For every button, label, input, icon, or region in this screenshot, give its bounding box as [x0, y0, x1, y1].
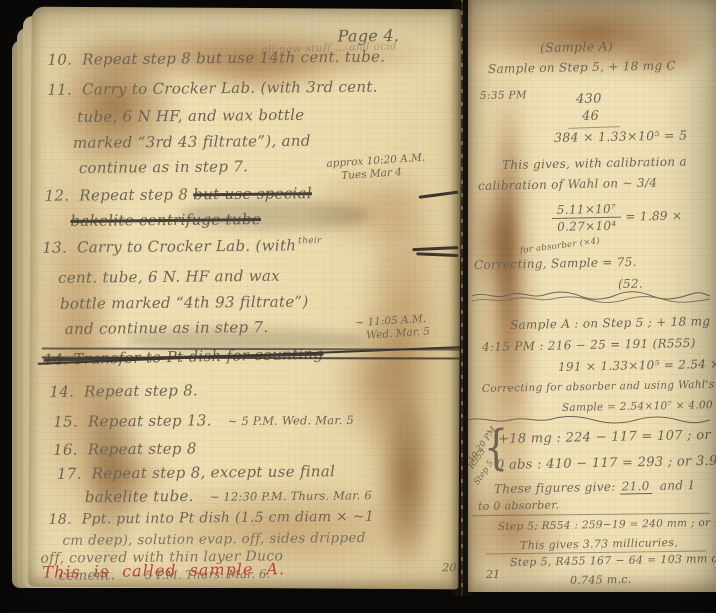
subtraction-minuend: 430: [576, 92, 602, 107]
wavy-divider: [472, 290, 710, 304]
figures-value: 21.0: [620, 479, 652, 495]
mc-line: 0.745 m.c.: [570, 573, 632, 587]
stain: [496, 95, 520, 405]
to-absorber-line: to 0 absorber.: [478, 498, 560, 513]
millicuries-line: This gives 3.73 millicuries,: [520, 536, 678, 552]
subtraction-subtrahend: 46: [582, 109, 599, 124]
r554-line: Step 5; R554 : 259−19 = 240 mm ; or 1.0: [498, 517, 716, 533]
sample-calc-line: Sample = 2.54×10⁷ × 4.00 × 0.: [562, 399, 716, 414]
intro-line: Sample on Step 5, + 18 mg C: [488, 58, 676, 76]
stain: [470, 178, 520, 303]
page-edge-stack: [23, 16, 453, 588]
figures-pre: These figures give:: [494, 480, 616, 496]
wavy-divider: [468, 414, 710, 426]
correcting-line-1: Correcting, Sample = 75.: [474, 255, 637, 272]
rotated-margin-note-3: Step 5: [472, 459, 496, 488]
zero-abs-line: 0 abs : 410 − 117 = 293 ; or 3.90: [496, 454, 716, 473]
figures-line: These figures give: 21.0 and 1: [494, 478, 696, 496]
rotated-margin-note-1: 10-20 PM: [468, 425, 499, 465]
r455-line: Step 5, R455 167 − 64 = 103 mm or o: [510, 552, 716, 569]
time-note-535: 5:35 PM: [480, 89, 527, 102]
figures-post: and 1: [660, 478, 696, 493]
gives-line-2: calibration of Wahl on ~ 3/4: [478, 176, 657, 193]
subtraction-result: 384 × 1.33×10⁵ = 5: [554, 127, 688, 145]
sample-a-line-2: Sample A : on Step 5 ; + 18 mg: [510, 314, 710, 332]
right-notebook-page: (Sample A) Sample on Step 5, + 18 mg C 5…: [468, 0, 716, 592]
fraction-denominator: 0.27×10⁴: [552, 218, 622, 234]
binding-seam-stitches: [461, 0, 463, 596]
fraction: 5.11×10⁷0.27×10⁴: [552, 202, 622, 234]
page-number-right: 21: [486, 568, 500, 581]
subtraction-line: [568, 126, 620, 129]
absorber-superscript-note: for absorber (×4): [519, 236, 600, 256]
quadrille-grid: [468, 0, 716, 592]
fraction-numerator: 5.11×10⁷: [552, 202, 622, 219]
calc-191-line: 191 × 1.33×10⁵ = 2.54 ×: [558, 357, 716, 374]
stain: [480, 55, 538, 580]
fraction-rhs: = 1.89 ×: [625, 209, 682, 224]
stain: [468, 468, 571, 592]
plus-18mg-line: +18 mg : 224 − 117 = 107 ; or 1.42: [498, 427, 716, 447]
pencil-rule: [486, 550, 706, 554]
fraction-calc: 5.11×10⁷0.27×10⁴ = 1.89 ×: [552, 201, 683, 234]
gives-line-1: This gives, with calibration a: [502, 154, 687, 172]
margin-brace: {: [484, 420, 508, 475]
rotated-margin-note-2: R555: [468, 447, 488, 471]
pencil-rule: [472, 513, 710, 517]
paren-52: (52.: [618, 277, 643, 291]
stain: [613, 36, 708, 81]
stain: [468, 0, 716, 78]
sample-a-header: (Sample A): [540, 39, 613, 55]
correcting-line-2: Correcting for absorber and using Wahl's…: [482, 378, 716, 395]
time-415-line: 4:15 PM : 216 − 25 = 191 (R555): [482, 336, 696, 354]
